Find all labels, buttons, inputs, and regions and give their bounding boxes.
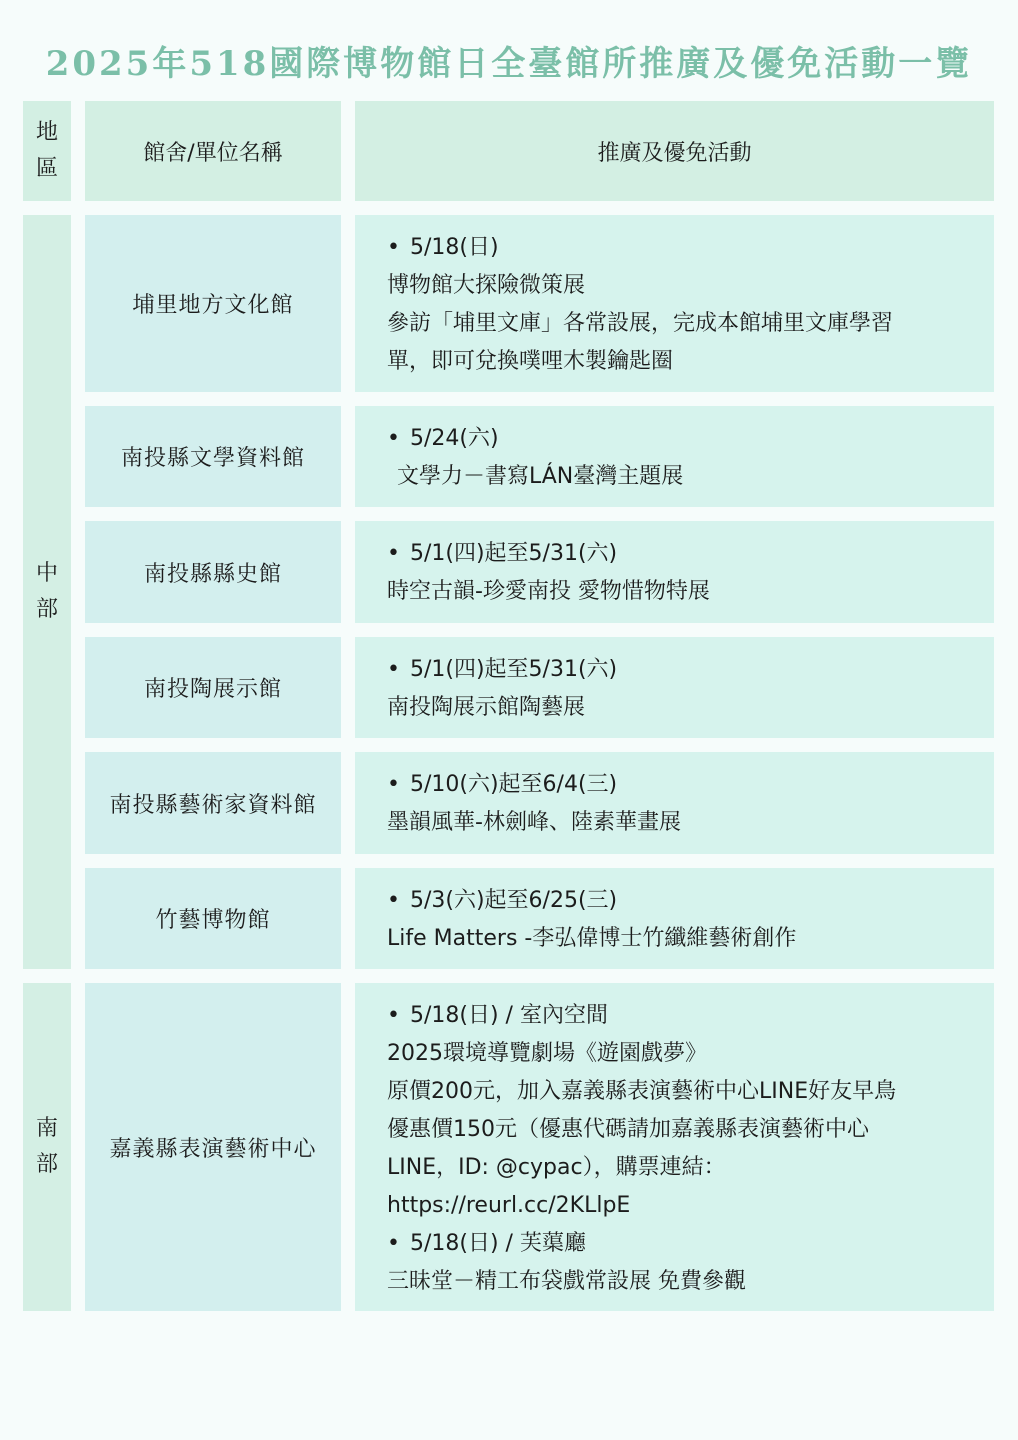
activity-line: 參訪「埔里文庫」各常設展，完成本館埔里文庫學習	[387, 305, 974, 343]
venue-cell: 南投縣縣史館	[85, 521, 341, 623]
header-activity: 推廣及優免活動	[355, 101, 994, 201]
activity-date: 5/1(四)起至5/31(六)	[387, 651, 974, 689]
activity-date: 5/3(六)起至6/25(三)	[387, 882, 974, 920]
venue-cell: 南投縣文學資料館	[85, 406, 341, 507]
region-label: 南部	[35, 1111, 59, 1183]
activity-date: 5/18(日) / 芙蕖廳	[387, 1225, 974, 1263]
venue-cell: 埔里地方文化館	[85, 215, 341, 392]
activity-line: 原價200元，加入嘉義縣表演藝術中心LINE好友早鳥	[387, 1073, 974, 1111]
header-region-label: 地區	[35, 115, 59, 187]
activity-cell: 5/1(四)起至5/31(六) 南投陶展示館陶藝展	[355, 637, 994, 738]
activity-line: 文學力－書寫LÁN臺灣主題展	[387, 458, 974, 496]
activity-date: 5/1(四)起至5/31(六)	[387, 535, 974, 573]
region-central: 中部	[23, 215, 71, 969]
activity-cell: 5/18(日) / 室內空間 2025環境導覽劇場《遊園戲夢》 原價200元，加…	[355, 983, 994, 1311]
activity-cell: 5/18(日) 博物館大探險微策展 參訪「埔里文庫」各常設展，完成本館埔里文庫學…	[355, 215, 994, 392]
activity-cell: 5/1(四)起至5/31(六) 時空古韻-珍愛南投 愛物惜物特展	[355, 521, 994, 623]
activity-line: 南投陶展示館陶藝展	[387, 689, 974, 727]
region-south: 南部	[23, 983, 71, 1311]
venue-cell: 竹藝博物館	[85, 868, 341, 969]
activity-line: 時空古韻-珍愛南投 愛物惜物特展	[387, 573, 974, 611]
activity-line: LINE，ID: @cypac），購票連結：	[387, 1149, 974, 1187]
activity-date: 5/10(六)起至6/4(三)	[387, 766, 974, 804]
activity-date: 5/18(日)	[387, 229, 974, 267]
header-region: 地區	[23, 101, 71, 201]
region-label: 中部	[35, 556, 59, 628]
activity-date: 5/24(六)	[387, 420, 974, 458]
activity-cell: 5/24(六) 文學力－書寫LÁN臺灣主題展	[355, 406, 994, 507]
ticket-link[interactable]: https://reurl.cc/2KLlpE	[387, 1187, 974, 1225]
header-venue: 館舍/單位名稱	[85, 101, 341, 201]
activity-line: 三昧堂－精工布袋戲常設展 免費參觀	[387, 1263, 974, 1301]
activity-line: Life Matters -李弘偉博士竹纖維藝術創作	[387, 920, 974, 958]
activity-line: 單，即可兌換噗哩木製鑰匙圈	[387, 343, 974, 381]
activity-line: 墨韻風華-林劍峰、陸素華畫展	[387, 804, 974, 842]
activity-date: 5/18(日) / 室內空間	[387, 997, 974, 1035]
activity-cell: 5/10(六)起至6/4(三) 墨韻風華-林劍峰、陸素華畫展	[355, 752, 994, 854]
venue-cell: 嘉義縣表演藝術中心	[85, 983, 341, 1311]
venue-cell: 南投陶展示館	[85, 637, 341, 738]
venue-cell: 南投縣藝術家資料館	[85, 752, 341, 854]
activity-line: 2025環境導覽劇場《遊園戲夢》	[387, 1035, 974, 1073]
activity-line: 博物館大探險微策展	[387, 267, 974, 305]
page-title: 2025年518國際博物館日全臺館所推廣及優免活動一覽	[0, 36, 1018, 85]
activity-line: 優惠價150元（優惠代碼請加嘉義縣表演藝術中心	[387, 1111, 974, 1149]
activity-cell: 5/3(六)起至6/25(三) Life Matters -李弘偉博士竹纖維藝術…	[355, 868, 994, 969]
